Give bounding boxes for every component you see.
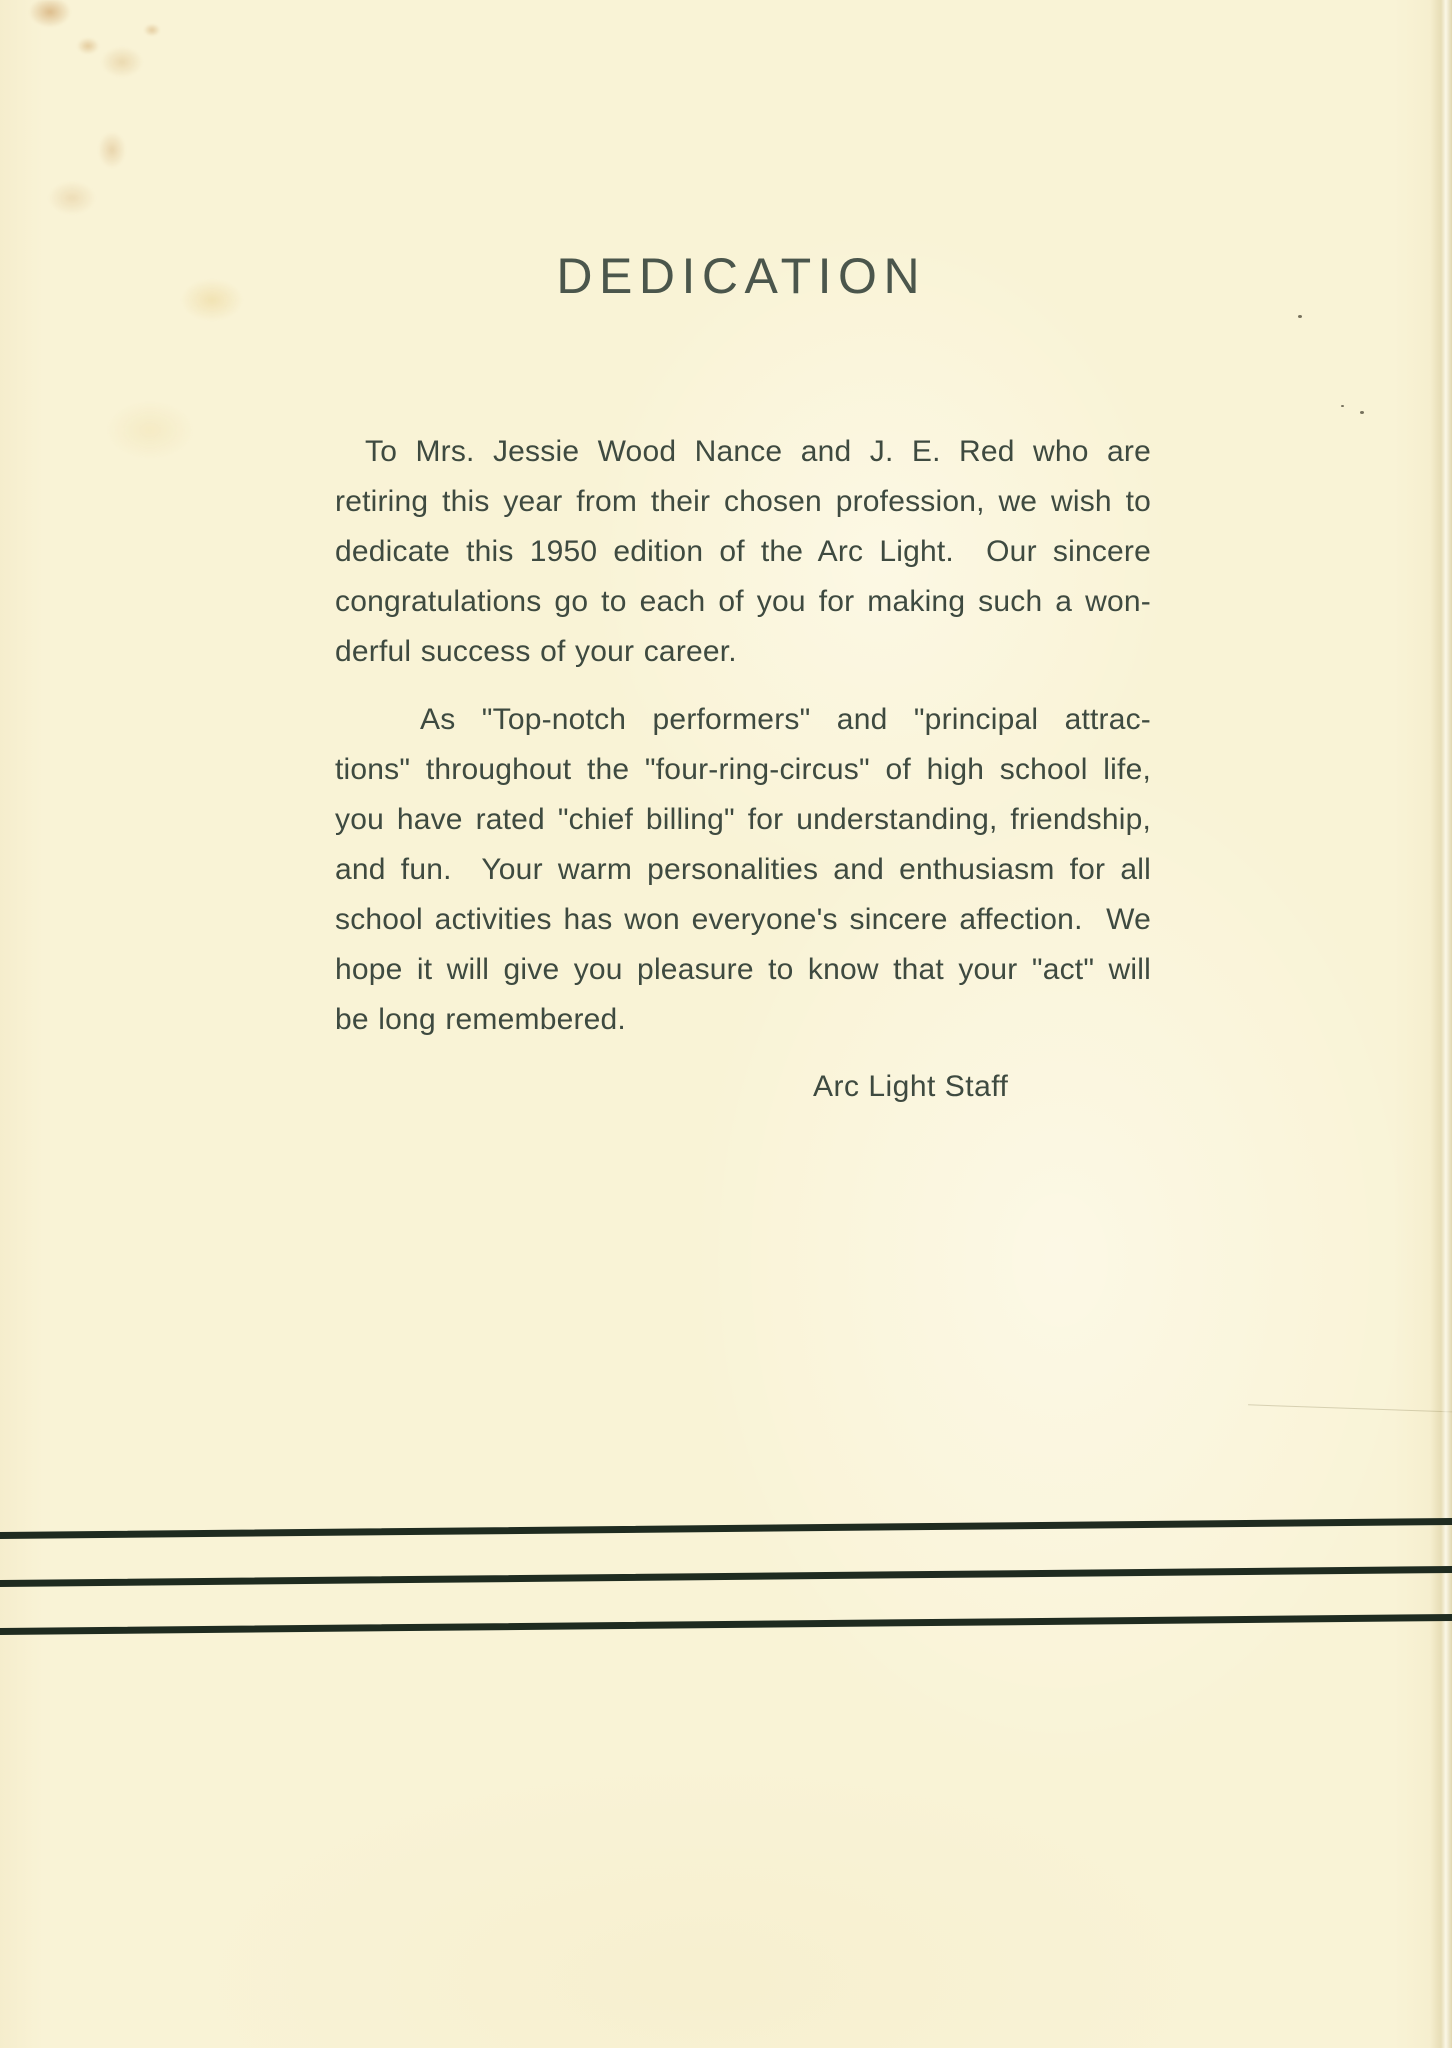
horizontal-rule-2 xyxy=(0,1566,1452,1587)
text-line: dedicate this 1950 edition of the Arc Li… xyxy=(335,527,1151,577)
text-line: hope it will give you pleasure to know t… xyxy=(335,945,1151,995)
paper-speck xyxy=(1298,315,1302,318)
page-title: DEDICATION xyxy=(12,247,1452,305)
paper-crease xyxy=(1248,1404,1452,1412)
signature: Arc Light Staff xyxy=(813,1062,1008,1112)
horizontal-rule-1 xyxy=(0,1518,1452,1539)
text-line: tions" throughout the "four-ring-circus"… xyxy=(335,745,1151,795)
text-line: To Mrs. Jessie Wood Nance and J. E. Red … xyxy=(335,427,1151,477)
yearbook-page: DEDICATION To Mrs. Jessie Wood Nance and… xyxy=(0,0,1452,2048)
text-line: As "Top-notch performers" and "principal… xyxy=(335,695,1151,745)
text-line: derful success of your career. xyxy=(335,627,1151,677)
page-edge-shading xyxy=(1430,0,1452,2048)
horizontal-rule-3 xyxy=(0,1614,1452,1635)
text-line: congratulations go to each of you for ma… xyxy=(335,577,1151,627)
text-line: be long remembered. xyxy=(335,995,1151,1045)
paper-speck xyxy=(1341,405,1344,407)
bottom-rules xyxy=(0,1518,1452,1642)
paragraph: As "Top-notch performers" and "principal… xyxy=(335,695,1151,1045)
text-line: and fun. Your warm personalities and ent… xyxy=(335,845,1151,895)
paper-speck xyxy=(1360,411,1364,414)
text-line: you have rated "chief billing" for under… xyxy=(335,795,1151,845)
dedication-body: To Mrs. Jessie Wood Nance and J. E. Red … xyxy=(335,427,1151,1045)
paragraph: To Mrs. Jessie Wood Nance and J. E. Red … xyxy=(335,427,1151,677)
text-line: school activities has won everyone's sin… xyxy=(335,895,1151,945)
text-line: retiring this year from their chosen pro… xyxy=(335,477,1151,527)
